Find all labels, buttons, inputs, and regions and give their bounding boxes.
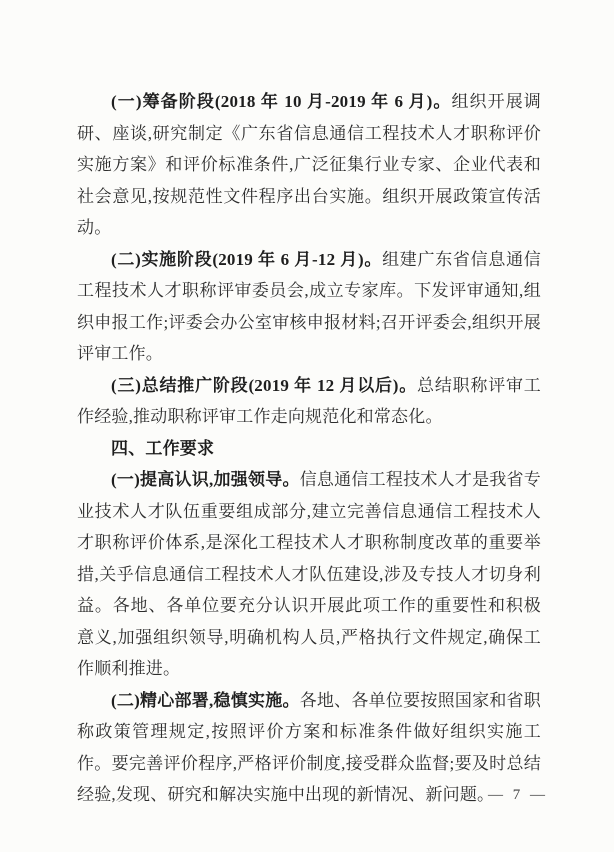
paragraph-implementation-phase: (二)实施阶段(2019 年 6 月-12 月)。组建广东省信息通信工程技术人才… bbox=[77, 244, 541, 370]
paragraph-careful-deployment: (二)精心部署,稳慎实施。各地、各单位要按照国家和省职称政策管理规定,按照评价方… bbox=[77, 685, 541, 811]
paragraph-lead: (一)提高认识,加强领导。 bbox=[111, 470, 300, 489]
paragraph-preparation-phase: (一)筹备阶段(2018 年 10 月-2019 年 6 月)。组织开展调研、座… bbox=[77, 86, 541, 244]
paragraph-lead: (二)精心部署,稳慎实施。 bbox=[111, 691, 300, 710]
section-heading: 四、工作要求 bbox=[77, 433, 541, 465]
paragraph-lead: (二)实施阶段(2019 年 6 月-12 月)。 bbox=[111, 250, 382, 269]
page-number: — 7 — bbox=[488, 787, 548, 804]
paragraph-summary-phase: (三)总结推广阶段(2019 年 12 月以后)。总结职称评审工作经验,推动职称… bbox=[77, 370, 541, 433]
paragraph-text: 组织开展调研、座谈,研究制定《广东省信息通信工程技术人才职称评价实施方案》和评价… bbox=[77, 92, 541, 237]
paragraph-text: 信息通信工程技术人才是我省专业技术人才队伍重要组成部分,建立完善信息通信工程技术… bbox=[77, 470, 541, 678]
document-page: (一)筹备阶段(2018 年 10 月-2019 年 6 月)。组织开展调研、座… bbox=[0, 0, 614, 852]
paragraph-raise-awareness: (一)提高认识,加强领导。信息通信工程技术人才是我省专业技术人才队伍重要组成部分… bbox=[77, 464, 541, 685]
paragraph-lead: (三)总结推广阶段(2019 年 12 月以后)。 bbox=[111, 376, 417, 395]
paragraph-lead: (一)筹备阶段(2018 年 10 月-2019 年 6 月)。 bbox=[111, 92, 451, 111]
document-body: (一)筹备阶段(2018 年 10 月-2019 年 6 月)。组织开展调研、座… bbox=[77, 86, 541, 811]
